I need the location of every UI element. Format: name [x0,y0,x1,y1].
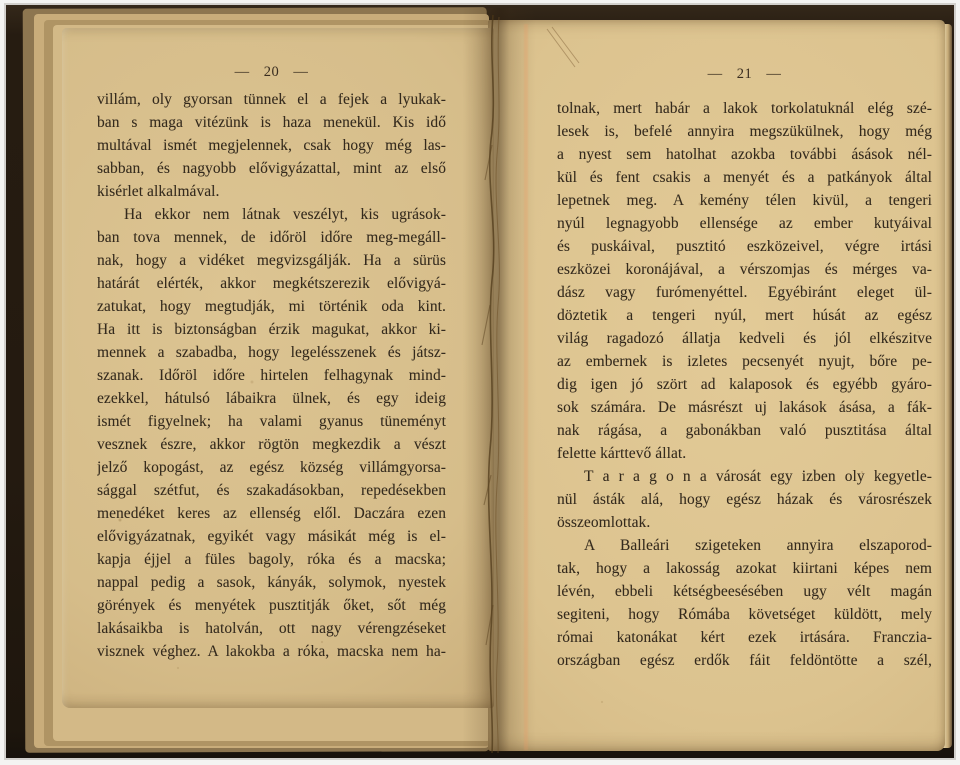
text-line: világ ragadozó állatja kedveli és jól el… [557,327,932,350]
text-line: Ha itt is biztonságban érzik magukat, ak… [97,318,446,341]
text-line: az embernek is izletes pecsenyét nyujt, … [557,350,932,373]
text-line: elővigyázatnak, egyikét vagy másikát még… [97,525,446,548]
text-line: tak, hogy a lakosság azokat kiirtani kép… [557,557,932,580]
text-line: ban s maga vitézünk is haza menekül. Kis… [97,111,446,134]
text-line: ismét figyelnek; ha valami gyanus tünemé… [97,410,446,433]
text-line: felette kárttevő állat. [557,442,932,465]
text-line: sok számára. De másrészt uj lakások ásás… [557,396,932,419]
text-line: zatukat, hogy megtudják, mi történik oda… [97,295,446,318]
text-line: határát elérték, akkor megkétszerezik el… [97,272,446,295]
text-line: dász vagy furómenyéttel. Egyébiránt eleg… [557,281,932,304]
text-line: kapja éjjel a füles bagoly, róka és a ma… [97,548,446,571]
text-line: T a r a g o n a városát egy izben oly ke… [557,465,932,488]
text-line: döztetik a tengeri nyúl, mert húsát az e… [557,304,932,327]
book-photo: { "colors": { "paper": "#dcc391", "ink":… [0,0,960,765]
left-page-text: villám, oly gyorsan tünnek el a fejek a … [97,88,446,663]
text-line: A Balleári szigeteken annyira elszaporod… [557,534,932,557]
text-line: menedéket keres az ellenség elől. Daczár… [97,502,446,525]
text-line: vesznek észre, akkor rögtön megkezdik a … [97,433,446,456]
text-line: segiteni, hogy Rómába követséget küldött… [557,603,932,626]
text-line: lévén, ebbeli kétségbeesésében ugy vélt … [557,580,932,603]
text-line: jelző kopogást, az egész község villámgy… [97,456,446,479]
text-line: görények és menyétek pusztitják őket, ső… [97,594,446,617]
text-line: nak rágása, a gabonákban való pusztitása… [557,419,932,442]
text-line: Ha ekkor nem látnak veszélyt, kis ugráso… [97,203,446,226]
left-page-number: — 20 — [97,64,446,81]
text-line: visznek véghez. A lakokba a róka, macska… [97,640,446,663]
text-line: ban tova mennek, de időröl időre meg-meg… [97,226,446,249]
right-page-number: — 21 — [557,66,932,83]
text-line: tolnak, mert habár a lakok torkolatuknál… [557,97,932,120]
text-line: szanak. Időröl időre hirtelen felhagynak… [97,364,446,387]
text-line: nappal pedig a sasok, kányák, solymok, n… [97,571,446,594]
text-line: dig igen jó szört ad kalaposok és egyébb… [557,373,932,396]
text-line: eszközei koronájával, a vérszomjas és mé… [557,258,932,281]
text-line: összeomlottak. [557,511,932,534]
text-line: nyúl legnagyobb ellensége az ember kutyá… [557,212,932,235]
text-line: és puskáival, pusztitó eszközeivel, végr… [557,235,932,258]
text-line: sabban, és nagyobb elővigyázattal, mint … [97,157,446,180]
text-line: mennek a szabadba, hogy legelésszenek és… [97,341,446,364]
text-line: lesek is, befelé annyira megszükülnek, h… [557,120,932,143]
text-line: a nyest sem hatolhat azokba további ásás… [557,143,932,166]
text-line: országban egész erdők fáit feldöntötte a… [557,649,932,672]
text-line: nül ásták alá, hogy egész házak és város… [557,488,932,511]
text-line: multával ismét megjelennek, csak hogy mé… [97,134,446,157]
text-line: nak, hogy a vidéket megvizsgálják. Ha a … [97,249,446,272]
text-line: római katonákat kért ezek irtására. Fran… [557,626,932,649]
right-page-text: tolnak, mert habár a lakok torkolatuknál… [557,97,932,672]
text-line: kisérlet alkalmával. [97,180,446,203]
text-line: lakásaikba is hatolván, ott nagy vérengz… [97,617,446,640]
text-line: sággal szétfut, és szakadásokban, repedé… [97,479,446,502]
text-line: lepetnek meg. A kemény télen kivül, a te… [557,189,932,212]
text-line: ezekkel, hátulsó lábaikra ülnek, és egy … [97,387,446,410]
text-line: villám, oly gyorsan tünnek el a fejek a … [97,88,446,111]
text-line: kül és fent csakis a menyét és a patkány… [557,166,932,189]
